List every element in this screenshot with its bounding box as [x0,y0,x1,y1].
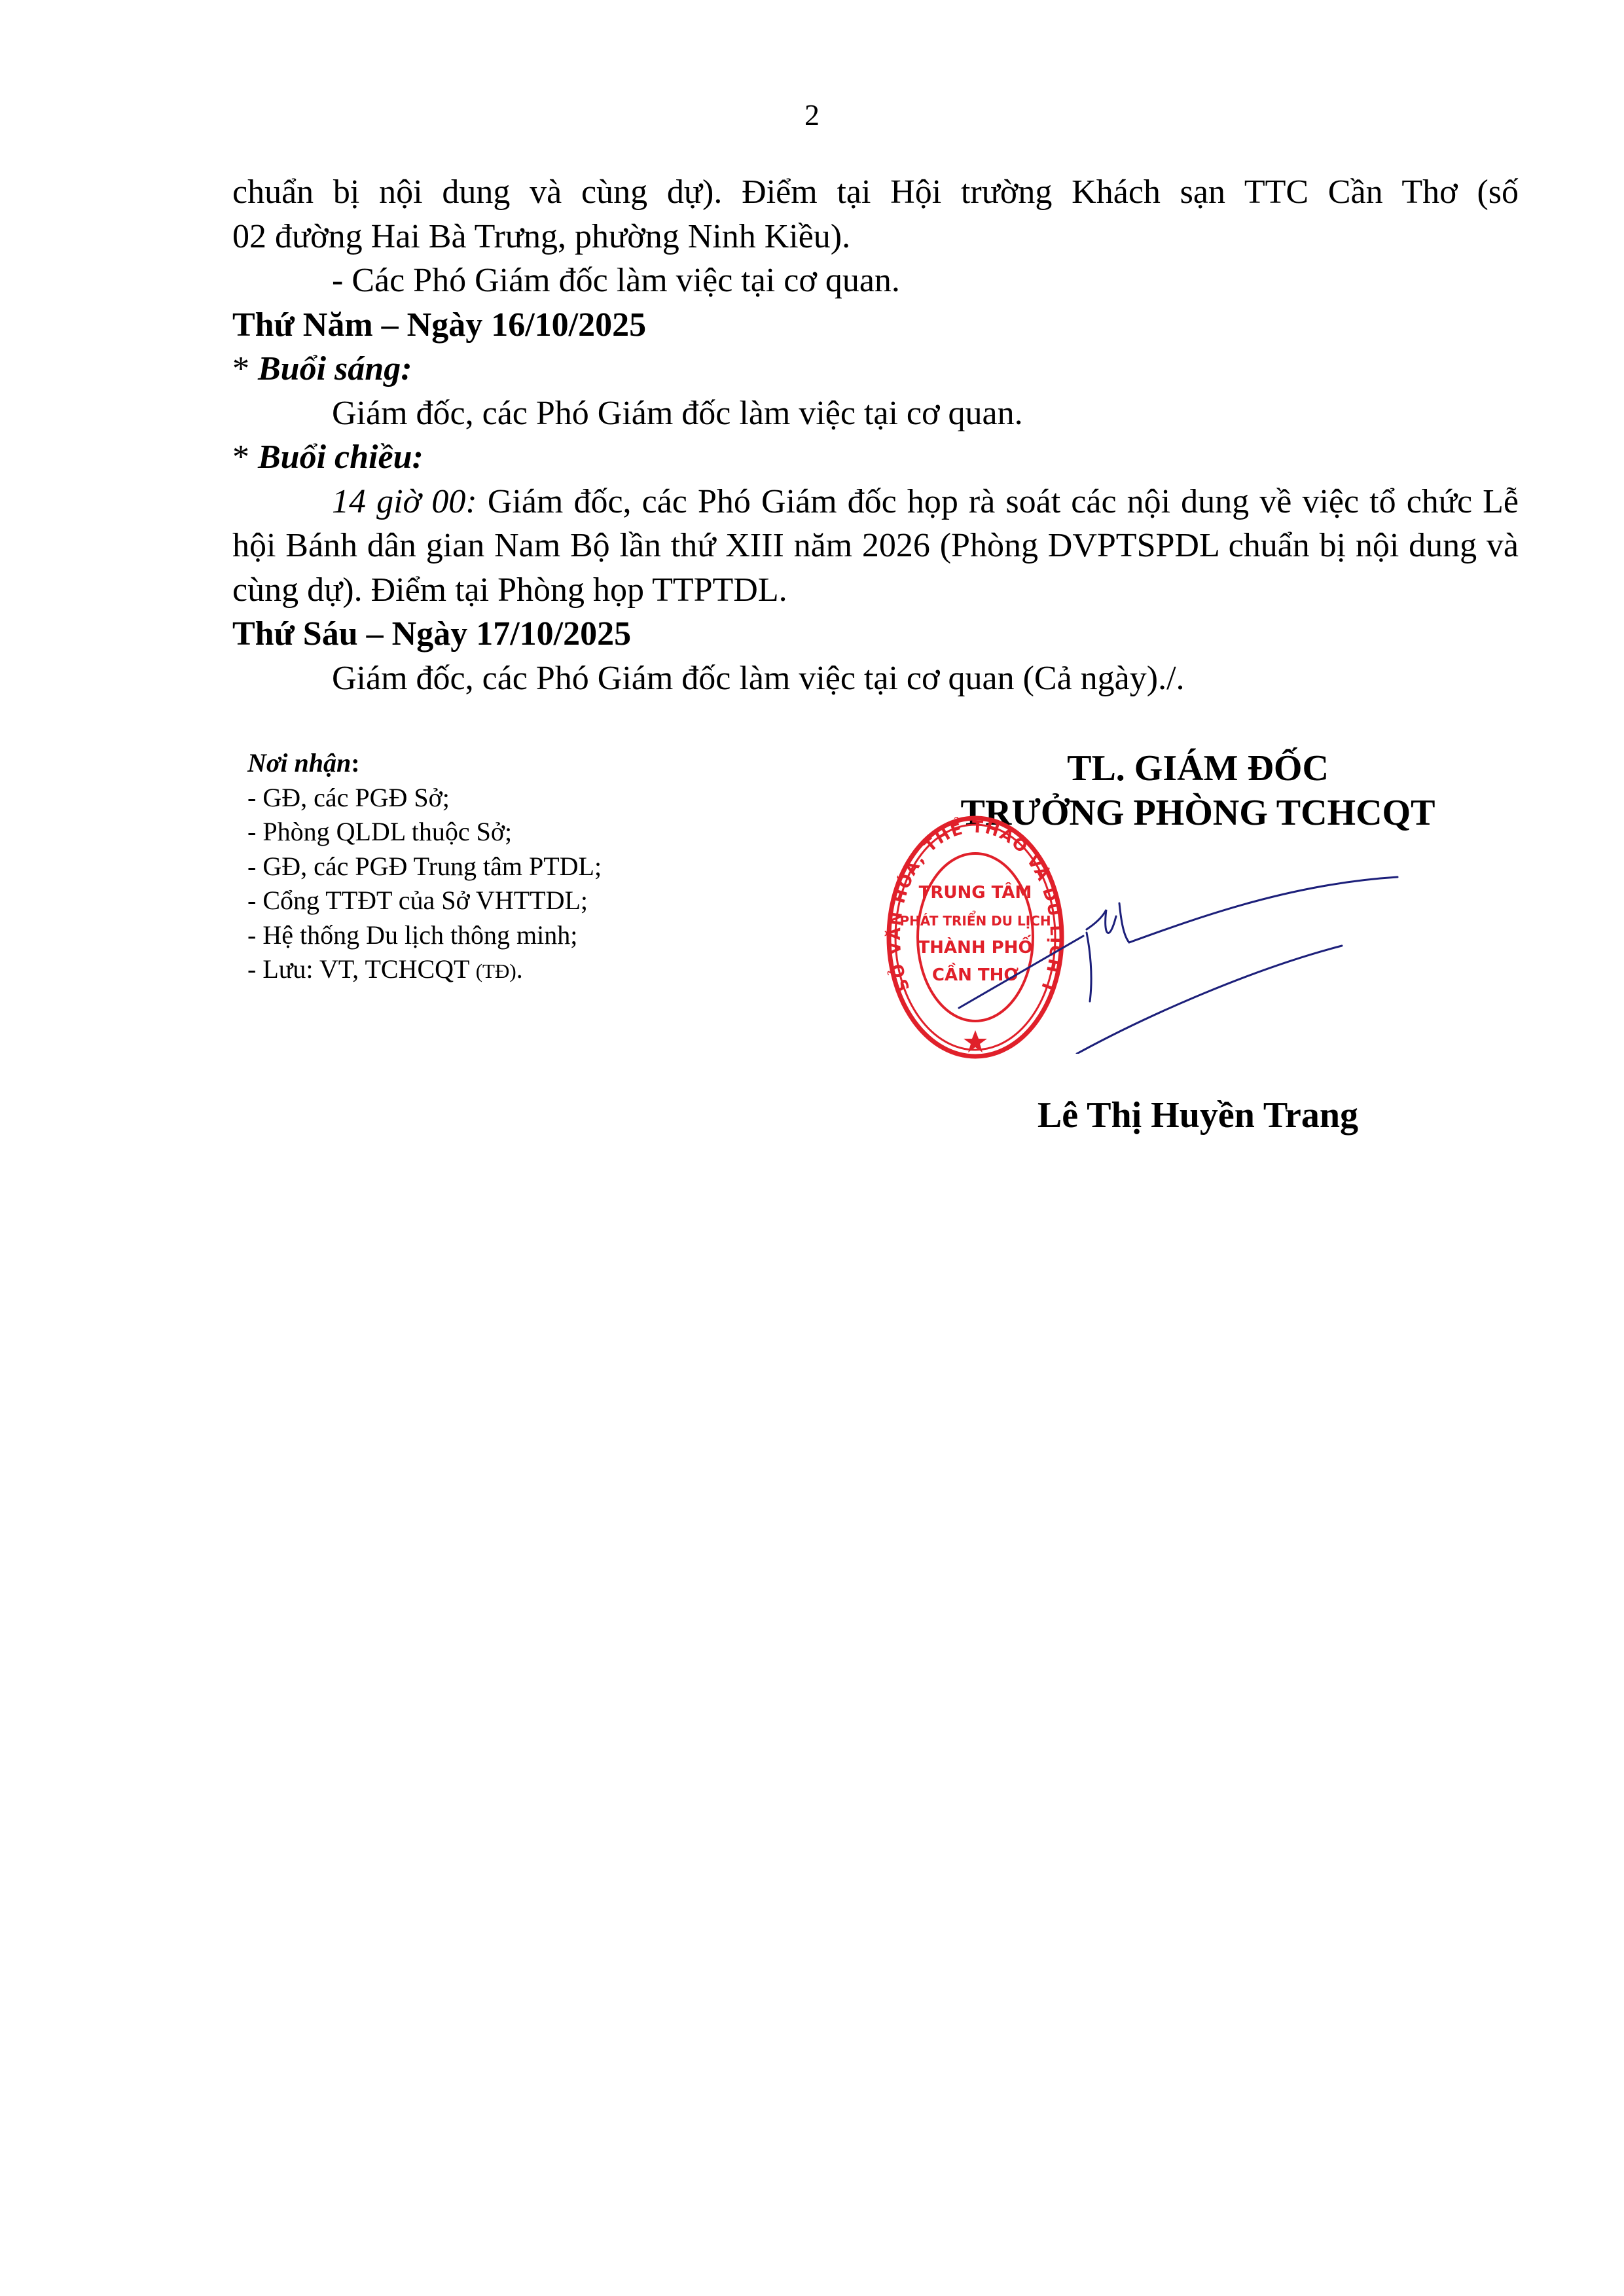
thursday-afternoon-text: 14 giờ 00: Giám đốc, các Phó Giám đốc họ… [232,480,1519,613]
friday-text: Giám đốc, các Phó Giám đốc làm việc tại … [232,656,1519,701]
meeting-time: 14 giờ 00: [332,483,477,520]
recipient-item: - GĐ, các PGĐ Trung tâm PTDL; [247,850,602,884]
thursday-morning-label: * Buổi sáng: [232,347,1519,391]
recipient-item-archive: - Lưu: VT, TCHCQT (TĐ). [247,952,602,989]
continuation-line-1: chuẩn bị nội dung và cùng dự). Điểm tại … [232,170,1519,215]
recipients-title: Nơi nhận: [247,746,602,781]
archive-initials: (TĐ) [476,960,516,982]
page-number: 2 [0,97,1624,134]
signer-name: Lê Thị Huyền Trang [851,1093,1545,1138]
bullet-star: * [232,439,249,476]
morning-label-text: Buổi sáng: [258,350,412,387]
recipient-item: - Cổng TTĐT của Sở VHTTDL; [247,884,602,918]
thursday-afternoon-label: * Buổi chiều: [232,435,1519,480]
recipient-item: - Hệ thống Du lịch thông minh; [247,918,602,953]
thursday-morning-text: Giám đốc, các Phó Giám đốc làm việc tại … [232,391,1519,436]
signature-title-line1: TL. GIÁM ĐỐC [851,746,1545,791]
deputies-line: - Các Phó Giám đốc làm việc tại cơ quan. [232,259,1519,303]
document-body: chuẩn bị nội dung và cùng dự). Điểm tại … [232,170,1519,700]
recipients-block: Nơi nhận: - GĐ, các PGĐ Sở; - Phòng QLDL… [247,746,602,989]
recipient-item: - GĐ, các PGĐ Sở; [247,781,602,816]
archive-end: . [516,954,523,984]
continuation-line-2: 02 đường Hai Bà Trưng, phường Ninh Kiều)… [232,215,1519,259]
recipients-title-colon: : [351,748,359,778]
bullet-star: * [232,350,249,387]
archive-text: - Lưu: VT, TCHCQT [247,954,476,984]
thursday-heading: Thứ Năm – Ngày 16/10/2025 [232,303,1519,348]
recipients-title-text: Nơi nhận [247,748,351,778]
friday-heading: Thứ Sáu – Ngày 17/10/2025 [232,612,1519,656]
handwritten-signature-icon [952,844,1411,1054]
afternoon-label-text: Buổi chiều: [258,439,424,476]
recipient-item: - Phòng QLDL thuộc Sở; [247,815,602,850]
